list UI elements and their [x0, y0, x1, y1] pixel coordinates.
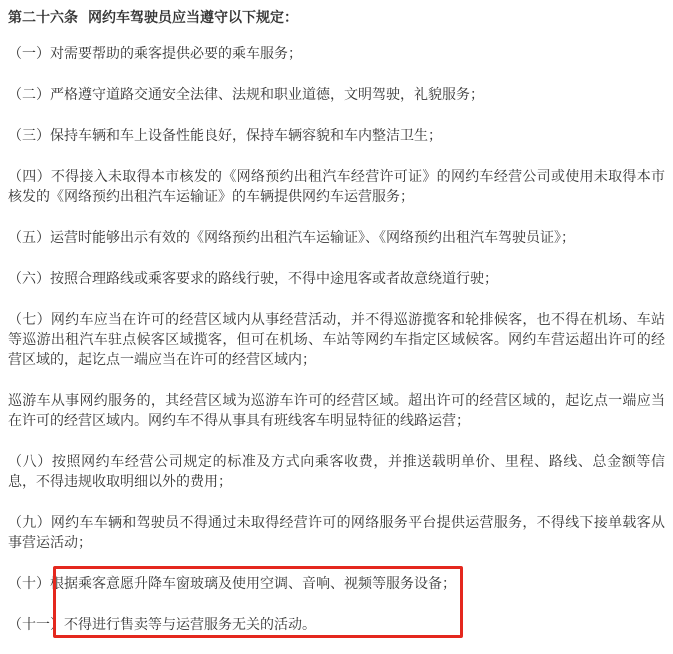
article-number: 第二十六条: [8, 9, 78, 25]
regulation-item-1: （一）对需要帮助的乘客提供必要的乘车服务；: [8, 43, 665, 63]
regulation-item-2: （二）严格遵守道路交通安全法律、法规和职业道德，文明驾驶，礼貌服务；: [8, 84, 665, 104]
regulation-item-10: （十）根据乘客意愿升降车窗玻璃及使用空调、音响、视频等服务设备；: [8, 573, 665, 593]
regulation-item-11: （十一）不得进行售卖等与运营服务无关的活动。: [8, 614, 665, 634]
regulation-item-6: （六）按照合理路线或乘客要求的路线行驶，不得中途甩客或者故意绕道行驶；: [8, 268, 665, 288]
regulation-item-3: （三）保持车辆和车上设备性能良好，保持车辆容貌和车内整洁卫生；: [8, 125, 665, 145]
regulation-item-5: （五）运营时能够出示有效的《网络预约出租汽车运输证》、《网络预约出租汽车驾驶员证…: [8, 227, 665, 247]
regulation-item-7-continuation: 巡游车从事网约服务的，其经营区域为巡游车许可的经营区域。超出许可的经营区域的，起…: [8, 390, 665, 430]
article-heading-text: 网约车驾驶员应当遵守以下规定：: [88, 9, 298, 25]
regulation-item-7: （七）网约车应当在许可的经营区域内从事经营活动，并不得巡游揽客和轮排候客，也不得…: [8, 309, 665, 369]
regulation-item-4: （四）不得接入未取得本市核发的《网络预约出租汽车经营许可证》的网约车经营公司或使…: [8, 166, 665, 206]
regulation-document: 第二十六条网约车驾驶员应当遵守以下规定： （一）对需要帮助的乘客提供必要的乘车服…: [0, 0, 673, 654]
regulation-item-8: （八）按照网约车经营公司规定的标准及方式向乘客收费，并推送载明单价、里程、路线、…: [8, 451, 665, 491]
article-heading: 第二十六条网约车驾驶员应当遵守以下规定：: [8, 7, 665, 27]
regulation-item-9: （九）网约车车辆和驾驶员不得通过未取得经营许可的网络服务平台提供运营服务，不得线…: [8, 512, 665, 552]
